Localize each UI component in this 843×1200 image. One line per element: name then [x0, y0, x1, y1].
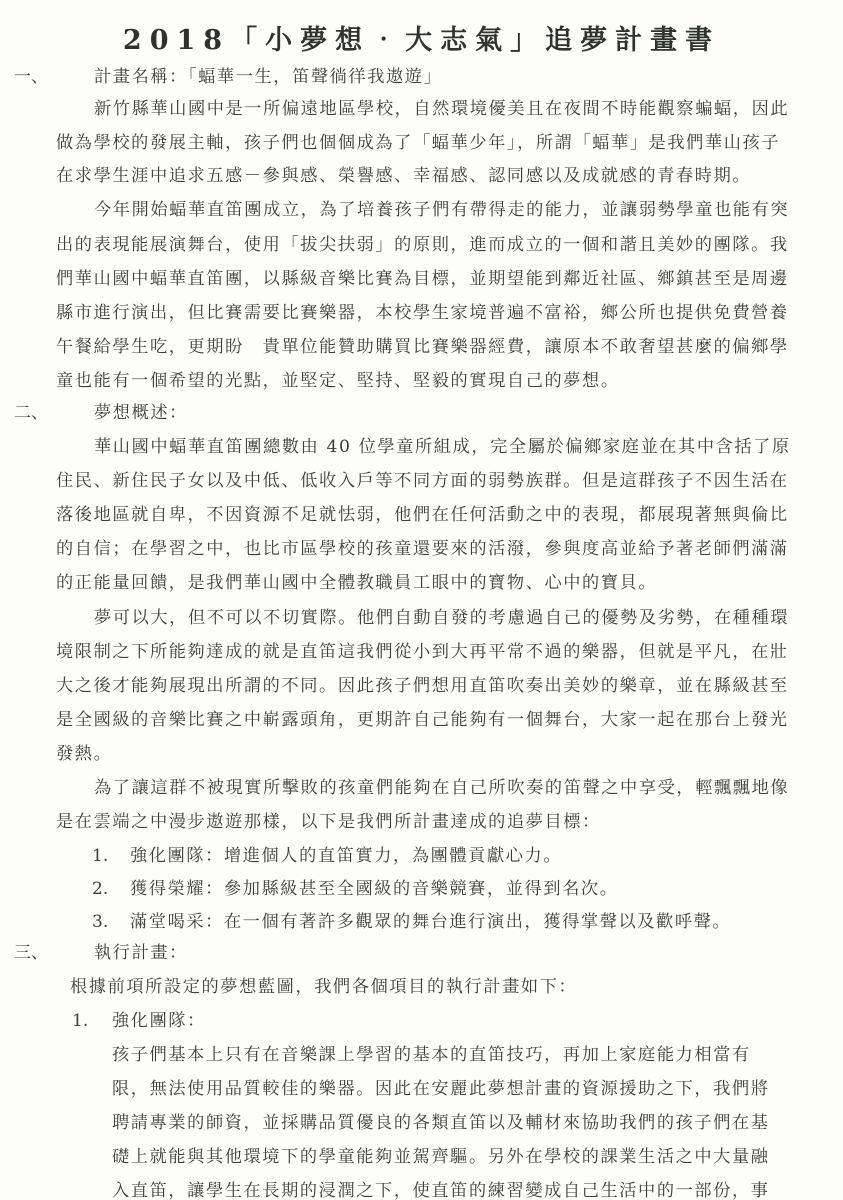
paragraph-line: 夢可以大，但不可以不切實際。他們自動自發的考慮過自己的優勢及劣勢，在種種環 — [94, 606, 789, 630]
paragraph-line: 限，無法使用品質較佳的樂器。因此在安麗此夢想計畫的資源援助之下，我們將 — [112, 1077, 770, 1101]
paragraph-line: 落後地區就自卑，不因資源不足就怯弱，他們在任何活動之中的表現，都展現著無與倫比 — [56, 503, 789, 527]
plan-item-1-heading: 強化團隊： — [112, 1009, 206, 1033]
plan-item-1-number: 1. — [72, 1009, 88, 1033]
paragraph-line: 的自信；在學習之中，也比市區學校的孩童還要來的活潑，參與度高並給予著老師們滿滿 — [56, 537, 789, 561]
document-title: 2018「小夢想‧大志氣」追夢計畫書 — [0, 18, 843, 57]
goal-2-number: 2. — [92, 877, 108, 901]
paragraph-line: 在求學生涯中追求五感－參與感、榮譽感、幸福感、認同感以及成就感的青春時期。 — [56, 164, 751, 188]
paragraph-line: 是在雲端之中漫步遨遊那樣，以下是我們所計畫達成的追夢目標： — [56, 810, 601, 834]
paragraph-line: 境限制之下所能夠達成的就是直笛這我們從小到大再平常不過的樂器，但就是平凡，在壯 — [56, 640, 789, 664]
paragraph-line: 華山國中蝠華直笛團總數由 40 位學童所組成，完全屬於偏鄉家庭並在其中含括了原 — [94, 435, 791, 459]
goal-2-text: 獲得榮耀：參加縣級甚至全國級的音樂競賽，並得到名次。 — [130, 877, 618, 901]
section-1-number: 一、 — [14, 65, 48, 89]
paragraph-line: 新竹縣華山國中是一所偏遠地區學校，自然環境優美且在夜間不時能觀察蝙蝠，因此 — [94, 97, 789, 121]
paragraph-line: 們華山國中蝠華直笛團，以縣級音樂比賽為目標，並期望能到鄰近社區、鄉鎮甚至是周邊 — [56, 267, 789, 291]
paragraph-line: 的正能量回饋，是我們華山國中全體教職員工眼中的寶物、心中的寶貝。 — [56, 571, 657, 595]
paragraph-line: 童也能有一個希望的光點，並堅定、堅持、堅毅的實現自己的夢想。 — [56, 369, 620, 393]
goal-3-text: 滿堂喝采：在一個有著許多觀眾的舞台進行演出，獲得掌聲以及歡呼聲。 — [130, 910, 731, 934]
paragraph-line: 做為學校的發展主軸，孩子們也個個成為了「蝠華少年」，所謂「蝠華」是我們華山孩子 — [56, 131, 780, 155]
paragraph-line: 住民、新住民子女以及中低、低收入戶等不同方面的弱勢族群。但是這群孩子不因生活在 — [56, 469, 789, 493]
section-3-heading: 執行計畫： — [94, 941, 188, 965]
goal-1-number: 1. — [92, 844, 108, 868]
paragraph-line: 出的表現能展演舞台，使用「拔尖扶弱」的原則，進而成立的一個和諧且美妙的團隊。我 — [56, 233, 789, 257]
paragraph-line: 是全國級的音樂比賽之中嶄露頭角，更期許自己能夠有一個舞台，大家一起在那台上發光 — [56, 708, 789, 732]
paragraph-line: 縣市進行演出，但比賽需要比賽樂器，本校學生家境普遍不富裕，鄉公所也提供免費營養 — [56, 301, 789, 325]
paragraph-line: 聘請專業的師資，並採購品質優良的各類直笛以及輔材來協助我們的孩子們在基 — [112, 1111, 770, 1135]
document-page: 2018「小夢想‧大志氣」追夢計畫書 一、 計畫名稱：「蝠華一生，笛聲徜徉我遨遊… — [0, 0, 843, 1200]
section-1-heading: 計畫名稱：「蝠華一生，笛聲徜徉我遨遊」 — [94, 65, 442, 89]
paragraph-line: 發熱。 — [56, 742, 112, 766]
paragraph-line: 礎上就能與其他環境下的學童能夠並駕齊驅。另外在學校的課業生活之中大量融 — [112, 1145, 770, 1169]
paragraph-line: 入直笛，讓學生在長期的浸潤之下，使直笛的練習變成自己生活中的一部份，事 — [112, 1179, 770, 1200]
paragraph-line: 大之後才能夠展現出所謂的不同。因此孩子們想用直笛吹奏出美妙的樂章，並在縣級甚至 — [56, 674, 789, 698]
section-3-number: 三、 — [14, 941, 48, 965]
section-2-number: 二、 — [14, 401, 48, 425]
goal-3-number: 3. — [92, 910, 108, 934]
goal-1-text: 強化團隊：增進個人的直笛實力，為團體貢獻心力。 — [130, 844, 562, 868]
paragraph-line: 今年開始蝠華直笛團成立，為了培養孩子們有帶得走的能力，並讓弱勢學童也能有突 — [94, 198, 789, 222]
paragraph-line: 孩子們基本上只有在音樂課上學習的基本的直笛技巧，再加上家庭能力相當有 — [112, 1043, 751, 1067]
paragraph-line: 午餐給學生吃，更期盼 貴單位能贊助購買比賽樂器經費，讓原本不敢奢望甚麼的偏鄉學 — [56, 335, 789, 359]
paragraph-line: 為了讓這群不被現實所擊敗的孩童們能夠在自己所吹奏的笛聲之中享受，輕飄飄地像 — [94, 776, 789, 800]
section-3-intro: 根據前項所設定的夢想藍圖，我們各個項目的執行計畫如下： — [70, 975, 577, 999]
section-2-heading: 夢想概述： — [94, 401, 188, 425]
